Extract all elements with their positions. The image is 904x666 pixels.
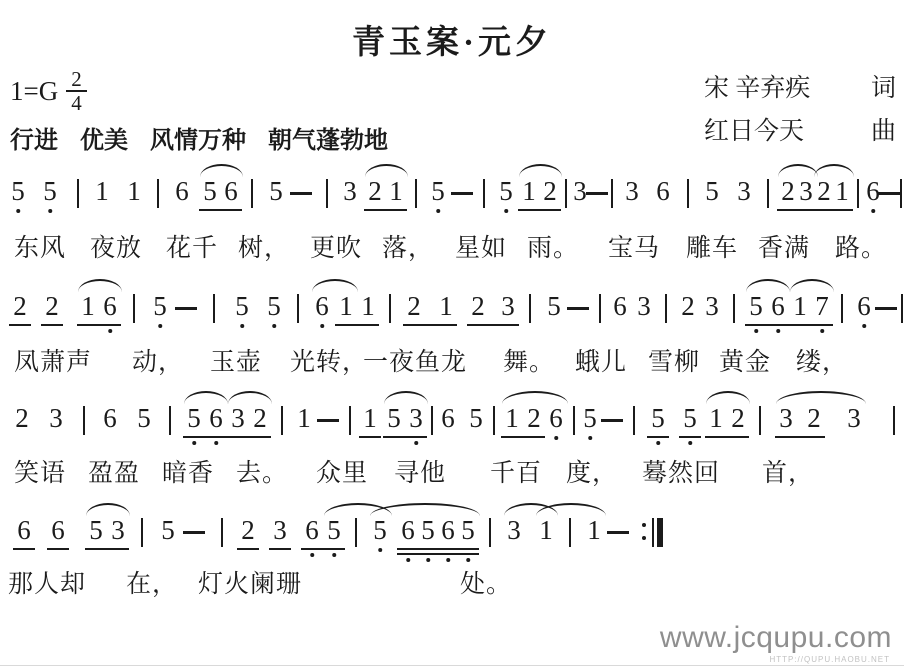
- beam-underline: [775, 436, 825, 438]
- repeat-dot: [642, 536, 646, 540]
- barline: [489, 518, 491, 547]
- note: 6: [613, 293, 627, 320]
- note: 1: [522, 178, 536, 205]
- lyric-chunk: 蛾儿: [575, 342, 627, 378]
- note: 5: [235, 293, 249, 320]
- note: 1: [505, 405, 519, 432]
- beam-underline: [745, 324, 789, 326]
- beam-underline: [467, 324, 519, 326]
- barline: [573, 406, 575, 435]
- octave-dot: [754, 329, 758, 333]
- lyric-chunk: 动，: [132, 342, 184, 378]
- note: 6: [103, 293, 117, 320]
- note: 5: [583, 405, 597, 432]
- barline: [529, 294, 531, 323]
- note: 5: [187, 405, 201, 432]
- note: 1: [709, 405, 723, 432]
- lyric-chunk: 花千: [166, 228, 218, 264]
- note: 3: [779, 405, 793, 432]
- note: 3: [637, 293, 651, 320]
- beam-underline: [518, 209, 561, 211]
- note: 2: [471, 293, 485, 320]
- beam-underline: [501, 436, 545, 438]
- octave-dot: [656, 441, 660, 445]
- lyric-chunk: 一夜鱼龙: [363, 342, 467, 378]
- barline: [633, 406, 635, 435]
- note: 1: [361, 293, 375, 320]
- barline: [281, 406, 283, 435]
- lyric-chunk: 舞。: [503, 342, 555, 378]
- note: 3: [847, 405, 861, 432]
- barline: [665, 294, 667, 323]
- octave-dot: [466, 558, 470, 562]
- octave-dot: [446, 558, 450, 562]
- barline: [733, 294, 735, 323]
- note: 2: [407, 293, 421, 320]
- note: 6: [771, 293, 785, 320]
- beam-underline: [813, 209, 853, 211]
- slur-arc: [184, 391, 228, 404]
- barline: [493, 406, 495, 435]
- octave-dot: [16, 209, 20, 213]
- note: 1: [297, 405, 311, 432]
- note: 5: [499, 178, 513, 205]
- beam-underline: [403, 324, 457, 326]
- octave-dot: [588, 436, 592, 440]
- duration-dash: [183, 531, 205, 534]
- octave-dot: [504, 209, 508, 213]
- note: 2: [368, 178, 382, 205]
- slur-arc: [502, 391, 568, 404]
- octave-dot: [48, 209, 52, 213]
- beam-underline: [777, 209, 817, 211]
- barline: [893, 406, 895, 435]
- note: 6: [857, 293, 871, 320]
- note: 5: [461, 517, 475, 544]
- note: 5: [749, 293, 763, 320]
- barline: [251, 179, 253, 208]
- beam-underline: [237, 548, 259, 550]
- beam-underline: [85, 548, 129, 550]
- notation-area: 5511656532155123365323216东风夜放花千树，更吹落，星如雨…: [0, 0, 904, 666]
- watermark-small-url: HTTP://QUPU.HAOBU.NET: [769, 655, 890, 664]
- beam-underline: [335, 324, 379, 326]
- octave-dot: [820, 329, 824, 333]
- lyric-chunk: 玉壶: [210, 342, 262, 378]
- note: 2: [817, 178, 831, 205]
- barline: [900, 179, 902, 208]
- octave-dot: [158, 324, 162, 328]
- beam-underline: [679, 436, 701, 438]
- barline: [221, 518, 223, 547]
- repeat-thin-line: [652, 518, 654, 547]
- note: 1: [793, 293, 807, 320]
- note: 2: [253, 405, 267, 432]
- barline: [83, 406, 85, 435]
- barline: [326, 179, 328, 208]
- barline: [213, 294, 215, 323]
- note: 5: [327, 517, 341, 544]
- note: 6: [209, 405, 223, 432]
- note: 5: [387, 405, 401, 432]
- barline: [611, 179, 613, 208]
- lyric-chunk: 度，: [566, 453, 618, 489]
- lyric-chunk: 缕，: [796, 342, 848, 378]
- barline: [483, 179, 485, 208]
- lyric-chunk: 雕车: [686, 228, 738, 264]
- note: 1: [835, 178, 849, 205]
- barline: [141, 518, 143, 547]
- lyric-chunk: 路。: [835, 228, 887, 264]
- note: 2: [781, 178, 795, 205]
- octave-dot: [214, 441, 218, 445]
- note: 1: [439, 293, 453, 320]
- barline: [133, 294, 135, 323]
- note: 5: [547, 293, 561, 320]
- slur-arc: [384, 391, 428, 404]
- duration-dash: [586, 192, 608, 195]
- slur-arc: [706, 391, 750, 404]
- lyric-chunk: 雨。: [527, 228, 579, 264]
- watermark-site: www.jcqupu.com: [660, 621, 892, 655]
- barline: [901, 294, 903, 323]
- note: 5: [431, 178, 445, 205]
- barline: [169, 406, 171, 435]
- note: 6: [401, 517, 415, 544]
- lyric-chunk: 更吹: [310, 228, 362, 264]
- lyric-chunk: 首，: [762, 453, 814, 489]
- note: 5: [421, 517, 435, 544]
- note: 3: [111, 517, 125, 544]
- beam-underline: [13, 548, 35, 550]
- note: 3: [507, 517, 521, 544]
- repeat-dot: [642, 523, 646, 527]
- barline: [297, 294, 299, 323]
- barline: [77, 179, 79, 208]
- beam-underline: [647, 436, 669, 438]
- beam-underline: [359, 436, 381, 438]
- octave-dot: [332, 553, 336, 557]
- slur-arc: [790, 279, 834, 292]
- octave-dot: [436, 209, 440, 213]
- beam-underline: [397, 553, 479, 555]
- octave-dot: [776, 329, 780, 333]
- beam-underline: [364, 209, 407, 211]
- slur-arc: [370, 503, 480, 516]
- octave-dot: [378, 548, 382, 552]
- beam-underline: [9, 324, 31, 326]
- beam-underline: [397, 548, 479, 550]
- lyric-chunk: 处。: [460, 564, 512, 600]
- barline: [687, 179, 689, 208]
- lyric-chunk: 雪柳: [648, 342, 700, 378]
- note: 1: [539, 517, 553, 544]
- note: 6: [175, 178, 189, 205]
- note: 1: [95, 178, 109, 205]
- lyric-chunk: 众里: [316, 453, 368, 489]
- note: 2: [681, 293, 695, 320]
- note: 3: [343, 178, 357, 205]
- lyric-chunk: 千百: [490, 453, 542, 489]
- note: 2: [13, 293, 27, 320]
- note: 3: [705, 293, 719, 320]
- octave-dot: [108, 329, 112, 333]
- lyric-chunk: 在，: [126, 564, 178, 600]
- lyric-chunk: 香满: [758, 228, 810, 264]
- lyric-chunk: 落，: [382, 228, 434, 264]
- barline: [355, 518, 357, 547]
- note: 3: [501, 293, 515, 320]
- duration-dash: [878, 192, 900, 195]
- barline: [569, 518, 571, 547]
- note: 2: [15, 405, 29, 432]
- note: 5: [11, 178, 25, 205]
- sheet-music-page: 青玉案·元夕 1=G 2 4 宋 辛弃疾 词 红日今天 曲 行进 优美 风情万种…: [0, 0, 904, 666]
- note: 5: [203, 178, 217, 205]
- lyric-chunk: 去。: [236, 453, 288, 489]
- note: 3: [573, 178, 587, 205]
- slur-arc: [312, 279, 358, 292]
- slur-arc: [746, 279, 790, 292]
- barline: [599, 294, 601, 323]
- lyric-chunk: 夜放: [90, 228, 142, 264]
- note: 1: [81, 293, 95, 320]
- octave-dot: [426, 558, 430, 562]
- note: 5: [89, 517, 103, 544]
- lyric-chunk: 光转，: [290, 342, 368, 378]
- beam-underline: [41, 324, 63, 326]
- duration-dash: [601, 419, 623, 422]
- note: 1: [363, 405, 377, 432]
- octave-dot: [406, 558, 410, 562]
- note: 6: [315, 293, 329, 320]
- note: 3: [737, 178, 751, 205]
- note: 3: [625, 178, 639, 205]
- note: 1: [339, 293, 353, 320]
- barline: [857, 179, 859, 208]
- octave-dot: [688, 441, 692, 445]
- note: 7: [815, 293, 829, 320]
- note: 3: [409, 405, 423, 432]
- note: 3: [799, 178, 813, 205]
- note: 6: [656, 178, 670, 205]
- barline: [431, 406, 433, 435]
- beam-underline: [47, 548, 69, 550]
- note: 5: [469, 405, 483, 432]
- beam-underline: [383, 436, 427, 438]
- note: 6: [51, 517, 65, 544]
- duration-dash: [175, 307, 197, 310]
- lyric-chunk: 寻他: [394, 453, 446, 489]
- octave-dot: [192, 441, 196, 445]
- barline: [565, 179, 567, 208]
- barline: [759, 406, 761, 435]
- note: 6: [17, 517, 31, 544]
- note: 5: [153, 293, 167, 320]
- duration-dash: [607, 531, 629, 534]
- note: 5: [373, 517, 387, 544]
- beam-underline: [199, 209, 242, 211]
- lyric-chunk: 笑语: [14, 453, 66, 489]
- note: 3: [231, 405, 245, 432]
- note: 1: [587, 517, 601, 544]
- barline: [389, 294, 391, 323]
- octave-dot: [414, 441, 418, 445]
- slur-arc: [200, 164, 243, 177]
- repeat-thick-line: [657, 518, 663, 547]
- lyric-chunk: 蓦然回: [642, 453, 720, 489]
- note: 5: [43, 178, 57, 205]
- slur-arc: [814, 164, 854, 177]
- repeat-end-barline: [642, 518, 666, 547]
- lyric-chunk: 暗香: [162, 453, 214, 489]
- note: 5: [651, 405, 665, 432]
- beam-underline: [789, 324, 833, 326]
- octave-dot: [310, 553, 314, 557]
- note: 6: [103, 405, 117, 432]
- note: 1: [127, 178, 141, 205]
- barline: [349, 406, 351, 435]
- barline: [157, 179, 159, 208]
- lyric-chunk: 东风: [14, 228, 66, 264]
- slur-arc: [365, 164, 408, 177]
- beam-underline: [301, 548, 345, 550]
- duration-dash: [875, 307, 897, 310]
- beam-underline: [77, 324, 121, 326]
- barline: [415, 179, 417, 208]
- octave-dot: [554, 436, 558, 440]
- note: 2: [527, 405, 541, 432]
- beam-underline: [183, 436, 227, 438]
- note: 5: [683, 405, 697, 432]
- barline: [767, 179, 769, 208]
- note: 5: [705, 178, 719, 205]
- octave-dot: [240, 324, 244, 328]
- duration-dash: [317, 419, 339, 422]
- note: 6: [224, 178, 238, 205]
- note: 2: [241, 517, 255, 544]
- slur-arc: [778, 164, 818, 177]
- beam-underline: [227, 436, 271, 438]
- beam-underline: [269, 548, 291, 550]
- lyric-chunk: 盈盈: [88, 453, 140, 489]
- slur-arc: [228, 391, 272, 404]
- note: 6: [549, 405, 563, 432]
- note: 3: [49, 405, 63, 432]
- note: 3: [273, 517, 287, 544]
- octave-dot: [862, 324, 866, 328]
- lyric-chunk: 星如: [455, 228, 507, 264]
- lyric-chunk: 树，: [238, 228, 290, 264]
- note: 5: [267, 293, 281, 320]
- note: 6: [441, 405, 455, 432]
- note: 2: [543, 178, 557, 205]
- duration-dash: [567, 307, 589, 310]
- note: 6: [305, 517, 319, 544]
- octave-dot: [871, 209, 875, 213]
- lyric-chunk: 凤萧声: [14, 342, 92, 378]
- octave-dot: [320, 324, 324, 328]
- note: 2: [45, 293, 59, 320]
- note: 2: [807, 405, 821, 432]
- slur-arc: [78, 279, 122, 292]
- lyric-chunk: 宝马: [608, 228, 660, 264]
- lyric-chunk: 那人却: [8, 564, 86, 600]
- duration-dash: [451, 192, 473, 195]
- slur-arc: [86, 503, 130, 516]
- lyric-chunk: 灯火阑珊: [198, 564, 302, 600]
- note: 5: [161, 517, 175, 544]
- slur-arc: [519, 164, 562, 177]
- note: 2: [731, 405, 745, 432]
- barline: [841, 294, 843, 323]
- note: 5: [137, 405, 151, 432]
- lyric-chunk: 黄金: [719, 342, 771, 378]
- note: 5: [269, 178, 283, 205]
- duration-dash: [290, 192, 312, 195]
- note: 1: [389, 178, 403, 205]
- beam-underline: [705, 436, 749, 438]
- octave-dot: [272, 324, 276, 328]
- note: 6: [441, 517, 455, 544]
- slur-arc: [776, 391, 866, 404]
